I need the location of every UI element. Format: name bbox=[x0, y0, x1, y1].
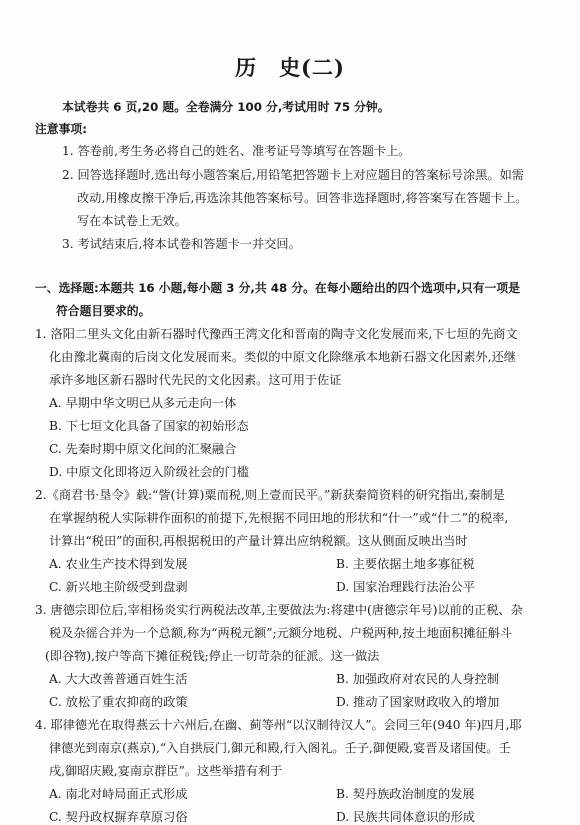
exam-intro: 本试卷共 6 页,20 题。全卷满分 100 分,考试用时 75 分钟。 bbox=[62, 99, 390, 115]
q3-option-b: B. 加强政府对农民的人身控制 bbox=[336, 671, 499, 687]
section-heading-cont: 符合题目要求的。 bbox=[56, 303, 150, 319]
q4-option-d: D. 民族共同体意识的形成 bbox=[336, 809, 475, 825]
page-title: 历史(二) bbox=[0, 52, 580, 82]
q2-stem-1: 2.《商君书·垦令》载:“訾(计算)粟而税,则上壹而民平。”新获秦简资料的研究指… bbox=[35, 487, 505, 503]
q2-option-b: B. 主要依据土地多寡征税 bbox=[336, 556, 475, 572]
note-item-1: 1. 答卷前,考生务必将自己的姓名、准考证号等填写在答题卡上。 bbox=[62, 143, 410, 159]
q1-option-c: C. 先秦时期中原文化间的汇聚融合 bbox=[49, 441, 236, 457]
exam-page: 历史(二) 本试卷共 6 页,20 题。全卷满分 100 分,考试用时 75 分… bbox=[0, 0, 580, 825]
note-item-2: 2. 回答选择题时,选出每小题答案后,用铅笔把答题卡上对应题目的答案标号涂黑。如… bbox=[62, 167, 524, 183]
q4-option-c: C. 契丹政权摒弃草原习俗 bbox=[49, 809, 188, 825]
q3-stem-1: 3. 唐德宗即位后,宰相杨炎实行两税法改革,主要做法为:将建中(唐德宗年号)以前… bbox=[35, 602, 523, 618]
q4-stem-1: 4. 耶律德光在取得燕云十六州后,在幽、蓟等州“以汉制待汉人”。会同三年(940… bbox=[35, 717, 522, 733]
q2-option-a: A. 农业生产技术得到发展 bbox=[49, 556, 187, 572]
q4-stem-3: 戌,御昭庆殿,宴南京群臣”。这些举措有利于 bbox=[49, 763, 282, 779]
q1-option-a: A. 早期中华文明已从多元走向一体 bbox=[49, 395, 236, 411]
q1-option-b: B. 下七垣文化具备了国家的初始形态 bbox=[49, 418, 249, 434]
q3-option-c: C. 放松了重农抑商的政策 bbox=[49, 694, 188, 710]
q3-option-a: A. 大大改善普通百姓生活 bbox=[49, 671, 187, 687]
note-item-2-cont2: 写在本试卷上无效。 bbox=[77, 213, 187, 229]
section-heading: 一、选择题:本题共 16 小题,每小题 3 分,共 48 分。在每小题给出的四个… bbox=[35, 280, 520, 296]
title-right: 史(二) bbox=[279, 55, 345, 80]
q2-option-d: D. 国家治理践行法治公平 bbox=[336, 579, 475, 595]
q1-option-d: D. 中原文化即将迈入阶级社会的门槛 bbox=[49, 464, 249, 480]
q1-stem-1: 1. 洛阳二里头文化由新石器时代豫西王湾文化和晋南的陶寺文化发展而来,下七垣的先… bbox=[35, 326, 518, 342]
q2-stem-3: 计算出“税田”的面积,再根据税田的产量计算出应纳税额。这从侧面反映出当时 bbox=[49, 533, 468, 549]
q1-stem-2: 化由豫北冀南的后岗文化发展而来。类似的中原文化除继承本地新石器文化因素外,还继 bbox=[49, 349, 516, 365]
q4-option-a: A. 南北对峙局面正式形成 bbox=[49, 786, 187, 802]
q2-stem-2: 在掌握纳税人实际耕作面积的前提下,先根据不同田地的形状和“什一”或“什二”的税率… bbox=[49, 510, 508, 526]
note-item-2-cont: 改动,用橡皮擦干净后,再选涂其他答案标号。回答非选择题时,将答案写在答题卡上。 bbox=[77, 190, 527, 206]
note-item-3: 3. 考试结束后,将本试卷和答题卡一并交回。 bbox=[62, 236, 301, 252]
q1-stem-3: 承许多地区新石器时代先民的文化因素。这可用于佐证 bbox=[49, 372, 342, 388]
q3-option-d: D. 推动了国家财政收入的增加 bbox=[336, 694, 499, 710]
q4-stem-2: 律德光到南京(燕京),“入自拱辰门,御元和殿,行入阁礼。壬子,御便殿,宴晋及诸国… bbox=[49, 740, 511, 756]
title-left: 历 bbox=[235, 55, 257, 80]
q3-stem-3: (即谷物),按户等高下摊征税钱;停止一切苛杂的征派。这一做法 bbox=[45, 648, 379, 664]
q4-option-b: B. 契丹族政治制度的发展 bbox=[336, 786, 475, 802]
notes-heading: 注意事项: bbox=[35, 121, 87, 137]
q3-stem-2: 税及杂徭合并为一个总额,称为“两税元额”;元额分地税、户税两种,按土地面积摊征斛… bbox=[49, 625, 512, 641]
q2-option-c: C. 新兴地主阶级受到盘剥 bbox=[49, 579, 188, 595]
